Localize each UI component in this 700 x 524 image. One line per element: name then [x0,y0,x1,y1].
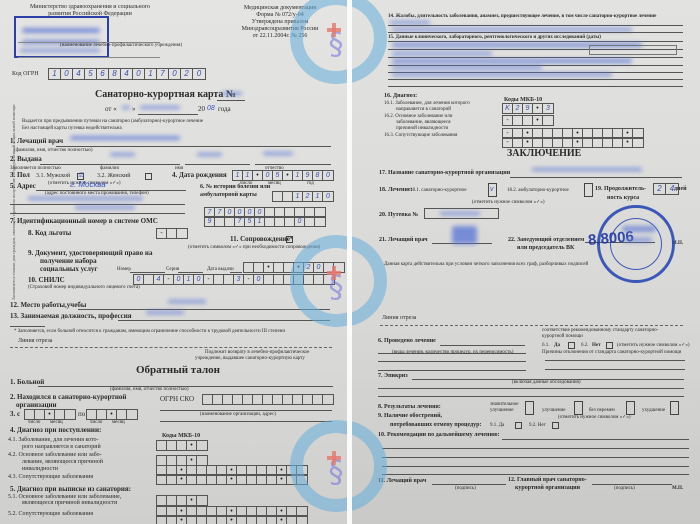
cell [65,410,75,419]
cell: 1 [293,192,303,201]
cell [87,410,97,419]
redacted-text [20,49,100,52]
side-note: Заполняется только для граждан, имеющих … [11,240,16,300]
result-opt1-1: значительное [490,402,519,407]
diag-162-1: 16.2. Основное заболевание или [384,114,452,119]
cell [273,395,283,404]
cell [55,410,65,419]
cell [257,516,267,524]
standard-line1: соответствие рекомендованному стандарту … [542,328,658,333]
from-cap-month: месяц [50,420,63,425]
cell [215,217,225,226]
cell [543,138,553,147]
field18-caption: (отметить нужное символом «✓») [472,200,545,205]
cell [187,516,197,524]
redacted-card-number [222,92,242,95]
watermark-logo-icon: § [290,420,347,512]
diag-52: 5.2. Сопутствующие заболевания [8,511,93,517]
cell [127,410,137,419]
cell: 0 [263,171,273,180]
cell: - [503,116,513,125]
cell [293,395,303,404]
talon-mp-label: М.П. [672,486,683,491]
cell: 5 [273,171,283,180]
talon-patient-caption: (фамилия, имя, отчество полностью) [110,387,189,392]
talon-treatment-label: 6. Проведено лечение [378,338,436,344]
talon-patient-label: 1. Больной [10,379,44,386]
chief-label1: 12. Главный врач санаторно- [508,477,587,483]
cell: • [277,475,287,484]
cell [283,395,293,404]
mkb-43-row2[interactable]: ••• [156,474,308,485]
redacted-position [146,311,184,314]
cell [197,456,207,465]
field12-label: 12. Место работы,учебы [10,302,86,309]
cell [267,516,277,524]
cell [267,475,277,484]
result-opt4: ухудшение [642,408,665,413]
opt-no: Нет [592,343,601,348]
cell [224,275,234,284]
exacerb-no-label: 9.2. Нет [529,423,546,428]
cell [513,116,523,125]
diag-162-2: заболевание, являющееся [396,120,451,125]
cell: • [187,441,197,450]
cell [217,475,227,484]
redacted-workplace [168,300,206,303]
to-label: по [78,411,85,418]
cell [287,516,297,524]
field11-label: 11. Сопровождение* [230,236,293,243]
from-date-cells[interactable]: • [24,409,76,420]
to-date-cells[interactable]: • [86,409,138,420]
date-mid: » [132,106,136,113]
treatment-182-label: 18.2. амбулаторно-курортное [507,188,569,193]
cell [275,217,285,226]
mkb-162-cells[interactable]: -• [502,115,554,126]
result-worse-checkbox[interactable] [670,401,679,415]
cell: 8 [313,171,323,180]
result-opt2: улучшение [542,408,565,413]
field14-label: 14. Жалобы, длительность заболевания, ан… [388,14,656,19]
cell: 0 [295,217,305,226]
cell [303,395,313,404]
redacted-complaints [390,21,430,24]
history-number-cells[interactable]: 1210 [272,191,334,202]
birth-date-cells[interactable]: 11•05•1980 [232,170,334,181]
cell [323,395,333,404]
standard-no-checkbox[interactable] [606,342,613,349]
cell [207,475,217,484]
male-label: 3.1. Мужской [36,173,70,179]
female-checkbox[interactable] [145,173,152,180]
cell [213,395,223,404]
cell [264,275,274,284]
cell [167,441,177,450]
cell: 2 [654,184,666,194]
standard-yes-checkbox[interactable] [568,342,575,349]
redacted-address [28,197,143,200]
cell: • [277,516,287,524]
cell: 0 [134,275,144,284]
redacted-month [140,106,180,109]
oms-number-row2[interactable]: 97510 [204,216,326,227]
redacted-research [392,59,632,63]
diag-163: 16.3. Сопутствующие заболевания [384,133,457,138]
cell [207,516,217,524]
cell: 8 [109,69,121,79]
ogrn-code-cells[interactable]: 1045684017020 [48,68,206,80]
cell [273,192,283,201]
cell: 0 [323,171,333,180]
cell [35,410,45,419]
diag-42-1: 4.2. Основное заболевание или забо- [8,452,102,458]
to-cap-month: месяц [112,420,125,425]
cell [603,138,613,147]
cell: • [177,516,187,524]
caption-surname: фамилия [100,166,119,171]
cell: 5 [245,217,255,226]
cell: 1 [233,171,243,180]
cell [203,395,213,404]
cell [553,138,563,147]
validity-note: Данная карта действительна при условии ч… [384,262,588,267]
result-significant-checkbox[interactable] [525,401,534,415]
chief-label2: курортной организации [515,485,580,491]
cell: 0 [254,275,264,284]
cell [214,275,224,284]
card-title: Санаторно-курортная карта № [95,90,236,100]
treatment-182-checkbox[interactable] [584,183,593,197]
exacerb-caption: (отметить нужное символом «✓») [558,415,631,420]
cell [237,516,247,524]
cell [583,138,593,147]
results-label: 8. Результаты лечения: [378,404,441,410]
cell [197,475,207,484]
field18-label: 18. Лечение: [379,187,413,193]
cell: 0 [169,69,181,79]
cell: - [244,275,254,284]
cell: 6 [97,69,109,79]
cell: - [157,229,167,238]
cell: 9 [303,171,313,180]
cell [177,456,187,465]
left-page: Министерство здравоохранения и социально… [0,0,347,524]
return-note2: учреждение, выдавшее санаторно-курортную… [195,356,305,361]
cell: 7 [157,69,169,79]
field15-label: 15. Данные клинического, лабораторного, … [388,35,601,40]
exacerb-yes-label: 9.1. Да [490,423,504,428]
cut-line-label: Линия отреза [18,338,52,344]
cell [593,138,603,147]
cell [244,263,254,272]
redacted-complaints [392,28,632,31]
year-prefix: 20 [198,106,205,113]
institution-caption: (наименование лечебно-профилактического … [60,43,182,48]
diag-discharge-label: 5. Диагноз при выписке из санатория: [10,486,131,493]
cell [533,138,543,147]
field22-label1: 22. Заведующий отделением [508,237,584,243]
cell [315,217,325,226]
date-prefix: от « [105,106,117,113]
cell: • [533,116,543,125]
cell: 0 [194,275,204,284]
field6-label1: 6. № истории болезни или [200,184,270,190]
field17-label: 17. Название санаторно-курортной организ… [379,170,510,176]
cell [197,496,207,505]
field11-caption: (отметить символом «✓» при необходимости… [188,245,320,250]
field1-label: 1. Лечащий врач [10,138,63,145]
redacted-patronymic [263,152,293,155]
cell: 9 [523,104,533,113]
footnote: * Заполняется, если больной относится к … [14,329,285,334]
male-checkbox[interactable]: ☑ [77,173,84,180]
deviation-label: Причины отклонения от стандарта санаторн… [542,350,681,355]
return-note1: Подлежит возврату в лечебно-профилактиче… [205,350,309,355]
field9-label1: 9. Документ, удостоверяющий право на [28,250,152,257]
cell: 5 [85,69,97,79]
cell [177,229,187,238]
cell: 0 [133,69,145,79]
diag-161-2: направляется в санаторий [396,107,451,112]
cell [274,263,284,272]
field10-label: 10. СНИЛС [28,277,65,284]
cell: K [503,104,513,113]
chief-caption: (подпись) [614,486,635,491]
cell [177,496,187,505]
field10-caption: (Страховой номер индивидуального лицевог… [28,285,140,290]
mkb-51-cells[interactable]: • [156,495,208,506]
exacerb-yes-checkbox[interactable] [515,422,522,429]
cell [167,475,177,484]
field7-label: 7. Идентификационный номер в системе ОМС [10,218,158,225]
cell [157,516,167,524]
cell: 1 [145,69,157,79]
diag-41-2: рого направляется в санаторий [22,444,101,450]
redacted-day [122,106,130,109]
cell: 1 [49,69,61,79]
cell [543,116,553,125]
conclusion-title: ЗАКЛЮЧЕНИЕ [507,149,581,159]
diag-51-2: являющееся причиной инвалидности [22,500,117,506]
cell [563,138,573,147]
cell: 1 [184,275,194,284]
stamp-box [589,45,677,55]
standard-line2: курортной помощи [542,334,583,339]
diag-161-1: 16.1. Заболевание, для лечения которого [384,101,470,106]
cell [25,410,35,419]
redacted-research [392,52,492,55]
to-cap-day: число [90,420,102,425]
cell: • [107,410,117,419]
official-seal: 8.8006 [597,205,675,283]
cell [254,263,264,272]
cell: 2 [303,192,313,201]
cell [144,275,154,284]
cell [157,441,167,450]
field19-label2: ность курса [607,195,639,201]
cell [177,441,187,450]
escort-checkbox[interactable] [286,236,293,243]
cell [97,410,107,419]
cell: 0 [193,69,205,79]
result-unchanged-checkbox[interactable] [626,401,635,415]
field19-label1: 19. Продолжитель- [595,186,646,192]
redacted-signature [452,226,477,244]
redacted-text [22,28,100,33]
cell [157,496,167,505]
female-label: 3.2. Женский [97,173,130,179]
cell [274,275,284,284]
cell [117,410,127,419]
cell: 7 [235,217,245,226]
cell: 9 [205,217,215,226]
cell: • [523,138,533,147]
diag-admission-label: 4. Диагноз при поступлении: [10,427,101,434]
cell: • [177,475,187,484]
watermark-logo-icon: § [352,235,387,327]
cell [233,395,243,404]
from-cap-day: число [28,420,40,425]
field9-label3: социальных услуг [40,266,98,273]
cell [217,516,227,524]
mkb-163-row2[interactable]: -••• [502,137,644,148]
standard-caption: (отметить нужное символом «✓») [617,343,690,348]
note-line2: Без настоящей карты путевка недействител… [22,126,122,131]
cell: • [264,263,274,272]
ogrn-label: Код ОГРН [12,71,39,77]
opt-yes: Да [554,343,560,348]
cell: 2 [513,104,523,113]
exacerb-no-checkbox[interactable] [552,422,559,429]
talon-stay-label2: организации [16,402,57,409]
result-improved-checkbox[interactable] [574,401,583,415]
mkb-161-cells[interactable]: K29•3 [502,103,554,114]
field4-label: 4. Дата рождения [172,172,227,179]
cell: 2 [181,69,193,79]
redacted-name [197,153,222,156]
epicrisis-caption: (включая данные обследования) [512,380,581,385]
cell [305,217,315,226]
cell: 3 [234,275,244,284]
doc-number-label: Номер [117,267,131,272]
cell [247,475,257,484]
field6-label2: амбулаторной карты [200,192,257,198]
cell: • [45,410,55,419]
cell: • [253,171,263,180]
diag-42-3: инвалидности [22,466,58,472]
cell [513,138,523,147]
cut-line-label-right: Линия отреза [382,315,416,321]
org-caption: (наименование организации, адрес) [200,412,276,417]
diag-41-1: 4.1. Заболевание, для лечения кото- [8,437,99,443]
diag-162-3: причиной инвалидности [396,126,448,131]
cell [237,475,247,484]
cell: - [503,138,513,147]
redacted-research [392,66,542,69]
from-label: 3. с [10,411,20,418]
exacerb-label1: 9. Наличие обострений, [378,413,442,419]
cell: 4 [121,69,133,79]
field20-label: 20. Путевка № [379,212,418,218]
cell: • [623,138,633,147]
mkb-41-cells[interactable]: • [156,440,208,451]
talon-doctor-label: 11. Лечащий врач [378,478,426,484]
cell [247,516,257,524]
field1-caption: (фамилия, имя, отчество полностью) [14,148,93,153]
field8-label: 8. Код льготы [28,230,71,237]
redacted-phone [75,206,135,209]
talon-treatment-caption: (виды лечения, количество процедур, их п… [392,350,513,355]
cell [613,138,623,147]
cell [243,395,253,404]
year-value: 08 [207,105,215,112]
cell [523,116,533,125]
cell [167,456,177,465]
cell [167,516,177,524]
field5-caption: (адрес постоянного места проживания, тел… [45,191,149,196]
cell [633,138,643,147]
cell [297,516,307,524]
cell: 0 [61,69,73,79]
cell: - [204,275,214,284]
cell: 3 [543,104,553,113]
diag-42-2: левание, являющееся причиной [22,459,103,465]
cell [263,395,273,404]
cap-year: год [307,181,314,186]
cell [157,475,167,484]
year-suffix: года [218,106,231,113]
cell [167,496,177,505]
benefit-code-cells[interactable]: - [156,228,188,239]
result-opt3: без перемен [589,408,615,413]
exacerb-label2: потребовавших отмену процедур: [390,422,481,428]
cell: 0 [323,192,333,201]
opt-62: 6.2. [581,343,589,348]
cell [283,192,293,201]
redacted-voucher [440,212,480,215]
field21-label: 21. Лечащий врач [379,237,428,243]
ministry-line1: Министерство здравоохранения и социально… [25,4,155,10]
cell: 1 [255,217,265,226]
field13-label: 13. Занимаемая должность, профессия [10,313,132,320]
ogrn-sko-cells[interactable] [202,394,334,405]
redacted-research [392,73,612,76]
talon-title: Обратный талон [136,365,220,376]
mkb-52-row2[interactable]: ••• [156,515,308,524]
cell: 1 [293,171,303,180]
cell: • [227,516,237,524]
redacted-organization [532,168,642,171]
recommend-label: 10. Рекомендации по дальнейшему лечению: [378,432,500,438]
field16-label: 16. Диагноз: [384,93,417,99]
cell [197,441,207,450]
treatment-181-checkbox[interactable]: v [488,183,497,197]
cell: • [573,138,583,147]
cell [225,217,235,226]
cell [223,395,233,404]
cell: • [227,475,237,484]
cell [313,395,323,404]
watermark-logo-icon: § [352,0,387,84]
ogrn-sko-label: ОГРН СКО [160,396,194,403]
cell: 1 [243,171,253,180]
cell: • [187,496,197,505]
note-line1: Выдается при предъявлении путевки на сан… [22,119,203,124]
epicrisis-label: 7. Эпикриз [378,373,408,379]
cell [265,217,275,226]
cell: - [164,275,174,284]
